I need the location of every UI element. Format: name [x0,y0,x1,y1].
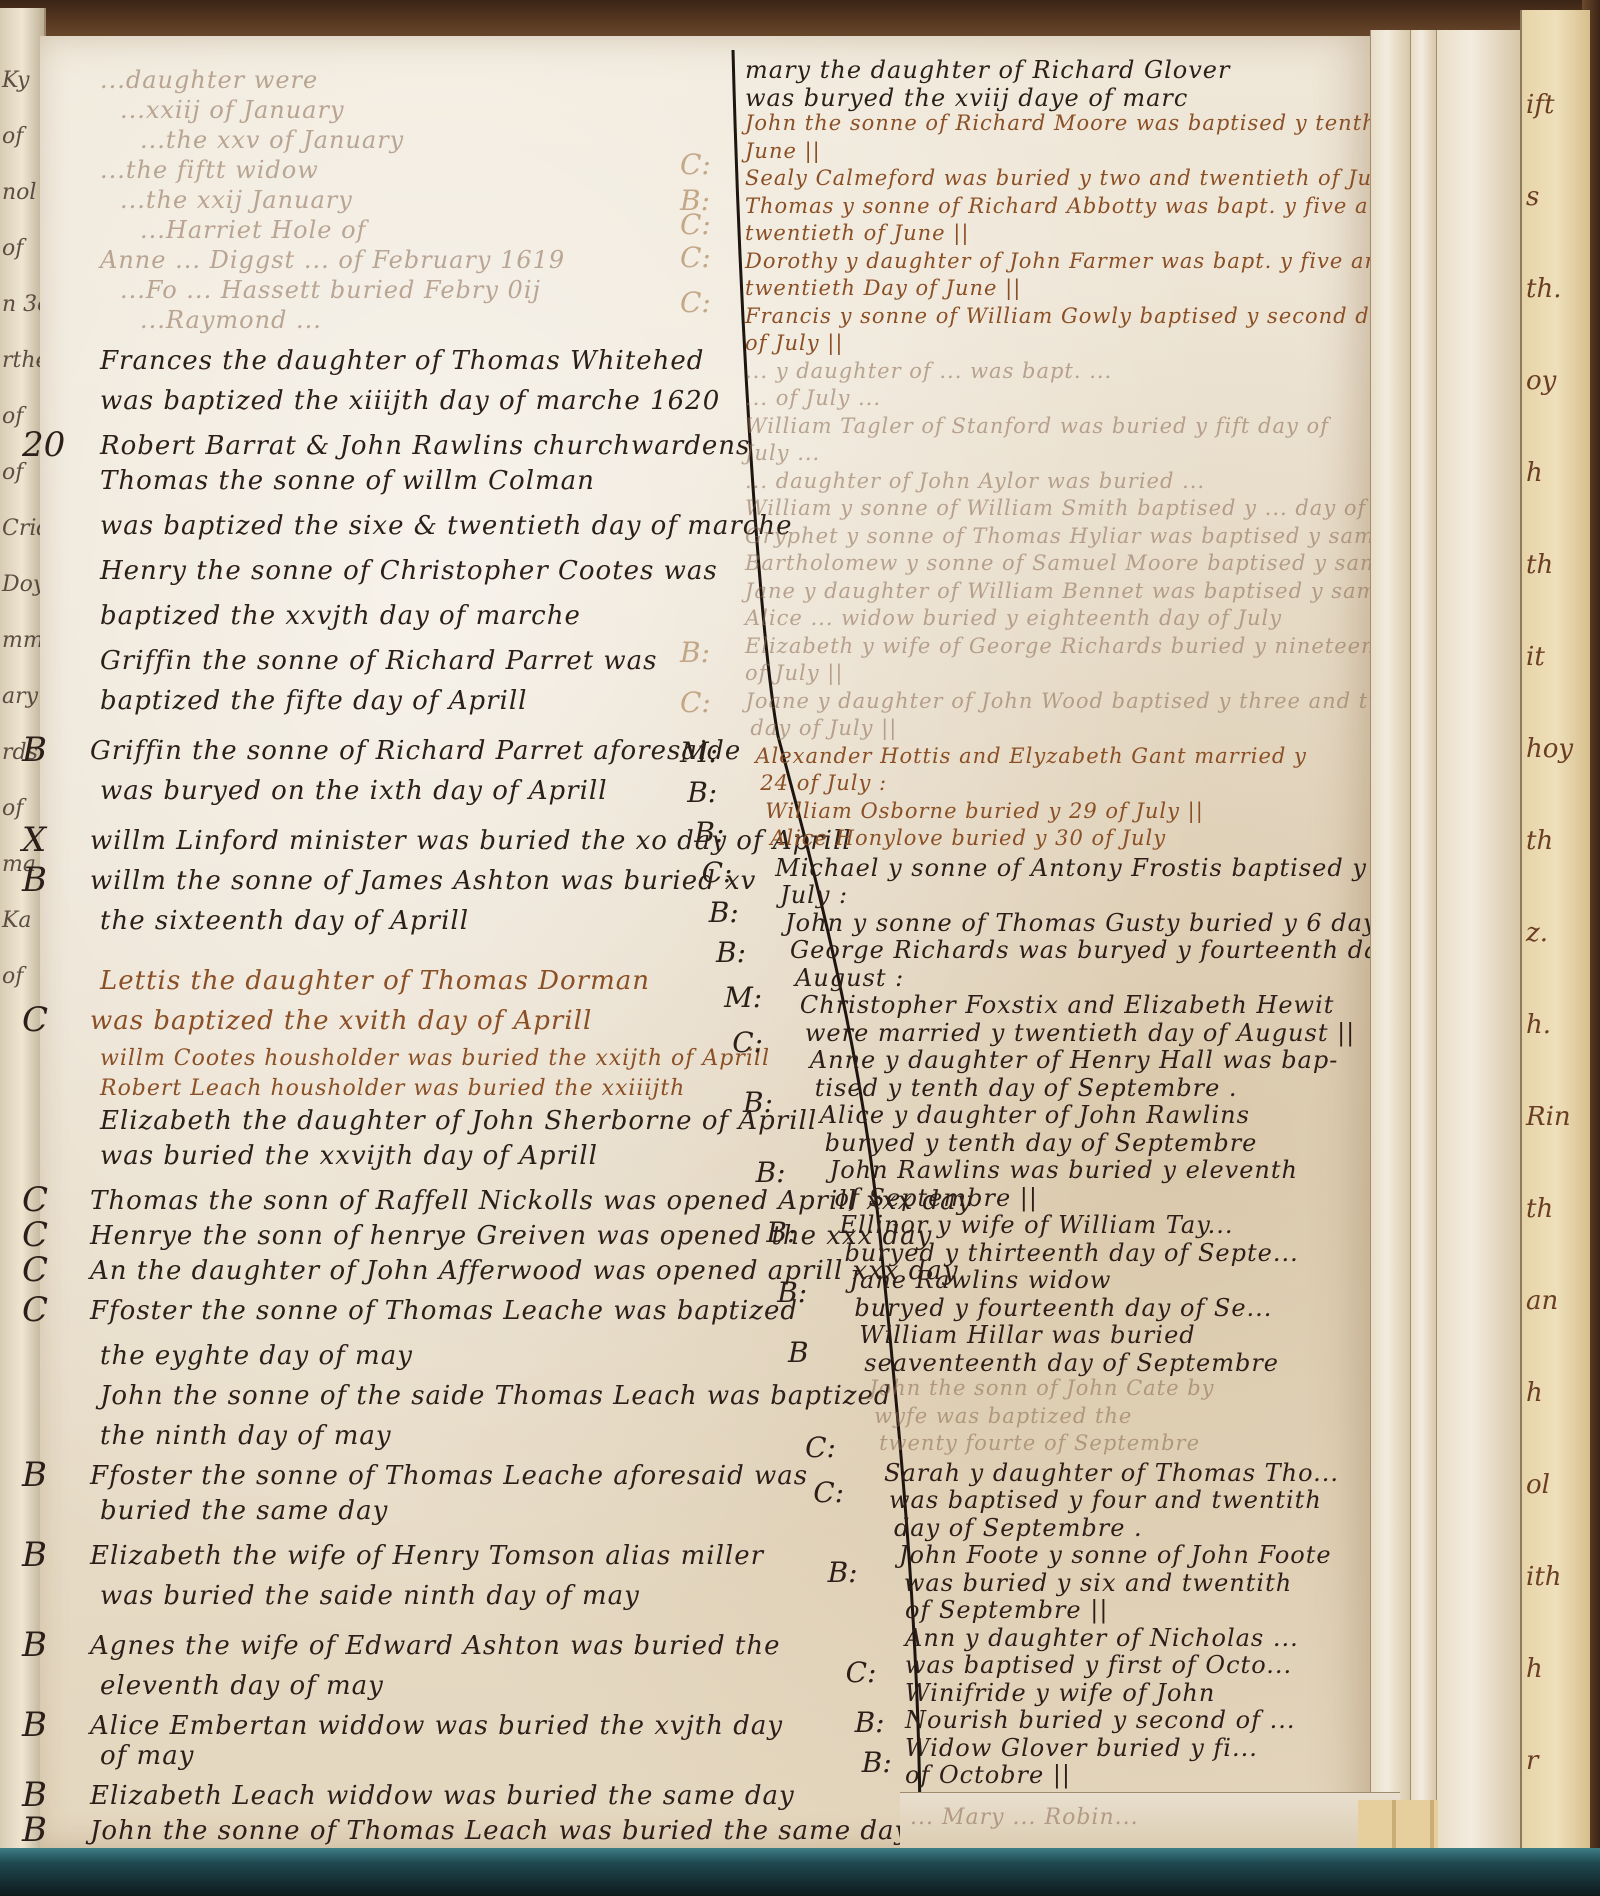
register-entry: Dorothy y daughter of John Farmer was ba… [745,249,1394,273]
register-entry: Joane y daughter of John Wood baptised y… [745,689,1456,713]
register-entry: Francis y sonne of William Gowly baptise… [745,304,1396,328]
register-entry: was baptized the sixe & twentieth day of… [100,511,793,541]
entry-type-mark: C [22,1000,48,1040]
entry-type-mark: B [788,1336,809,1369]
register-entry: June || [745,139,821,163]
register-entry: buryed y fourteenth day of Se... [854,1294,1272,1322]
entry-type-mark: C [22,1250,48,1290]
entry-type-mark: C: [680,208,711,241]
register-entry: was baptized the xiiijth day of marche 1… [100,386,720,416]
entry-type-mark: X [22,820,46,860]
left-edge-fragment: Doy [2,572,45,597]
register-entry: Thomas y sonne of Richard Abbotty was ba… [745,194,1398,218]
entry-type-mark: B [22,1535,47,1575]
entry-type-mark: B: [716,936,746,969]
register-entry: Alice y daughter of John Rawlins [820,1101,1250,1129]
entry-type-mark: C: [813,1476,844,1509]
register-entry: July ... [745,441,820,465]
register-entry: ... daughter of John Aylor was buried ..… [745,469,1205,493]
entry-type-mark: C: [680,686,711,719]
entry-type-mark: C [22,1180,48,1220]
entry-type-mark: C: [805,1431,836,1464]
register-entry: William y sonne of William Smith baptise… [745,496,1418,520]
entry-type-mark: B: [709,896,739,929]
register-entry: Griffin the sonne of Richard Parret afor… [90,736,741,766]
register-entry: Agnes the wife of Edward Ashton was buri… [90,1631,780,1661]
register-entry: Alice Embertan widdow was buried the xvj… [90,1711,783,1741]
register-entry: was buryed on the ixth day of Aprill [100,776,608,806]
page-stack-3 [1436,30,1522,1850]
register-entry: Alexander Hottis and Elyzabeth Gant marr… [755,744,1307,768]
left-edge-fragment: of [2,460,23,485]
right-edge-fragment: an [1526,1286,1558,1316]
register-entry: John the sonne of Richard Moore was bapt… [745,111,1407,135]
register-entry: of July || [745,331,843,355]
right-edge-fragment: r [1526,1746,1538,1776]
left-edge-fragment: of [2,124,23,149]
entry-type-mark: M: [724,981,762,1014]
right-edge-fragment: z. [1526,918,1548,948]
entry-type-mark: B [22,1775,47,1815]
entry-type-mark: B: [694,816,724,849]
register-entry: John Foote y sonne of John Foote [899,1541,1332,1569]
faded-header-line: ...xxiij of January [120,96,345,124]
register-entry: was buried y six and twentith [904,1569,1292,1597]
left-edge-fragment: nol [2,180,36,205]
entry-type-mark: C [22,1290,48,1330]
page-stack-1 [1370,30,1412,1850]
register-entry: twentieth of June || [745,221,969,245]
register-entry: William Hillar was buried [859,1321,1195,1349]
register-entry: Ellinor y wife of William Tay... [840,1211,1234,1239]
left-edge-fragment: of [2,236,23,261]
entry-type-mark: B: [777,1276,807,1309]
register-entry: Christopher Foxstix and Elizabeth Hewit [800,991,1335,1019]
register-entry: Henrye the sonn of henrye Greiven was op… [90,1221,932,1251]
right-edge-fragment: Rin [1526,1102,1571,1132]
faded-header-line: ...Fo ... Hassett buried Febry 0ij [120,276,541,304]
register-entry: the ninth day of may [100,1421,392,1451]
register-entry: Ann y daughter of Nicholas ... [905,1624,1299,1652]
register-entry: day of July || [750,716,897,740]
register-entry: Griffin the sonne of Richard Parret was [100,646,658,676]
page-stack-2 [1410,30,1438,1850]
right-edge-fragment: oy [1526,366,1556,396]
register-entry: seaventeenth day of Septembre [864,1349,1279,1377]
register-entry: Sealy Calmeford was buried y two and twe… [745,166,1400,190]
register-entry: Elizabeth the daughter of John Sherborne… [100,1106,817,1136]
register-entry: John Rawlins was buried y eleventh [830,1156,1298,1184]
left-edge-fragment: of [2,796,23,821]
register-entry: William Tagler of Stanford was buried y … [745,414,1329,438]
entry-type-mark: B: [855,1706,885,1739]
right-edge-fragment: h [1526,1378,1543,1408]
register-entry: Elizabeth y wife of George Richards buri… [745,634,1448,658]
register-entry: Alice Honylove buried y 30 of July [770,826,1166,850]
entry-type-mark: C: [846,1656,877,1689]
register-entry: An the daughter of John Afferwood was op… [90,1256,959,1286]
register-entry: twenty fourte of Septembre [879,1431,1200,1455]
right-edge-fragment: th [1526,550,1553,580]
fold-text: ... Mary ... Robin... [910,1805,1139,1830]
entry-type-mark: B: [828,1556,858,1589]
register-entry: baptized the xxvjth day of marche [100,601,581,631]
entry-type-mark: B [22,1705,47,1745]
right-edge-fragment: h [1526,1654,1543,1684]
right-edge-fragment: ith [1526,1562,1562,1592]
register-entry: the sixteenth day of Aprill [100,906,469,936]
register-entry: twentieth Day of June || [745,276,1021,300]
page-tabs [1358,1800,1438,1850]
faded-header-line: ...daughter were [100,66,318,94]
register-entry: was baptised y four and twentith [889,1486,1322,1514]
register-entry: Jane Rawlins widow [849,1266,1111,1294]
register-entry: 24 of July : [760,771,887,795]
right-edge-fragment: ol [1526,1470,1550,1500]
register-entry: Anne y daughter of Henry Hall was bap- [810,1046,1339,1074]
desk-background-top [0,0,1600,40]
register-entry: Thomas the sonne of willm Colman [100,466,595,496]
register-entry: John the sonn of John Cate by [869,1376,1214,1400]
register-entry: of Octobre || [905,1761,1071,1789]
register-entry: Sarah y daughter of Thomas Tho... [884,1459,1339,1487]
register-entry: mary the daughter of Richard Glover [745,56,1230,84]
register-entry: were married y twentieth day of August |… [805,1019,1355,1047]
entry-type-mark: B: [756,1156,786,1189]
entry-type-mark: B [22,1455,47,1495]
register-entry: day of Septembre . [894,1514,1143,1542]
register-entry: Winifride y wife of John [905,1679,1215,1707]
register-entry: Henry the sonne of Christopher Cootes wa… [100,556,718,586]
register-entry: eleventh day of may [100,1671,384,1701]
left-edge-fragment: Ky [2,68,29,93]
left-edge-fragment: Ka [2,908,32,933]
left-edge-fragment: of [2,964,23,989]
entry-type-mark: C: [680,241,711,274]
register-entry: willm Linford minister was buried the xo… [90,826,852,856]
register-entry: Frances the daughter of Thomas Whitehed [100,346,704,376]
register-entry: was buryed the xviij daye of marc [745,84,1188,112]
register-entry: August : [795,964,904,992]
register-entry: buryed y tenth day of Septembre [825,1129,1258,1157]
register-entry: was baptised y first of Octo... [905,1651,1292,1679]
register-entry: Robert Leach housholder was buried the x… [100,1076,685,1101]
faded-header-line: ...Raymond ... [140,306,322,334]
register-entry: Jane y daughter of William Bennet was ba… [745,579,1439,603]
register-entry: Bartholomew y sonne of Samuel Moore bapt… [745,551,1394,575]
register-entry: was buried the xxvijth day of Aprill [100,1141,598,1171]
register-entry: John the sonne of Thomas Leach was burie… [90,1816,910,1846]
register-entry: of Septembre || [835,1184,1038,1212]
register-entry: buried the same day [100,1496,388,1526]
register-entry: John the sonne of the saide Thomas Leach… [100,1381,892,1411]
right-edge-fragment: h. [1526,1010,1551,1040]
entry-type-mark: M: [680,736,718,769]
right-edge-fragment: th [1526,826,1553,856]
register-entry: Elizabeth Leach widdow was buried the sa… [90,1781,795,1811]
register-entry: baptized the fifte day of Aprill [100,686,527,716]
register-entry: ... of July ... [745,386,881,410]
entry-type-mark: 20 [22,425,65,465]
entry-type-mark: C: [732,1026,763,1059]
entry-type-mark: B [22,860,47,900]
register-entry: Alice ... widow buried y eighteenth day … [745,606,1282,630]
entry-type-mark: C: [702,856,733,889]
register-entry: Nourish buried y second of ... [905,1706,1296,1734]
entry-type-mark: C [22,1215,48,1255]
register-entry: tised y tenth day of Septembre . [815,1074,1238,1102]
register-entry: of Septembre || [905,1596,1108,1624]
right-edge-fragment: it [1526,642,1545,672]
entry-type-mark: C: [680,286,711,319]
register-entry: wyfe was baptized the [874,1404,1132,1428]
register-entry: buryed y thirteenth day of Septe... [844,1239,1298,1267]
faded-header-line: ...Harriet Hole of [140,216,366,244]
register-entry: ... y daughter of ... was bapt. ... [745,359,1112,383]
register-entry: July : [780,881,848,909]
register-entry: willm Cootes housholder was buried the x… [100,1046,770,1071]
register-entry: willm the sonne of James Ashton was buri… [90,866,756,896]
left-edge-fragment: mm [2,628,44,653]
entry-type-mark: B [22,1625,47,1665]
folded-page-bottom: ... Mary ... Robin... [900,1792,1400,1849]
entry-type-mark: C: [680,148,711,181]
right-edge-fragment: s [1526,182,1539,212]
right-edge-fragment: hoy [1526,734,1573,764]
register-entry: was buried the saide ninth day of may [100,1581,640,1611]
register-entry: Ffoster the sonne of Thomas Leache was b… [90,1296,798,1326]
register-entry: William Osborne buried y 29 of July || [765,799,1204,823]
right-edge-fragment: th [1526,1194,1553,1224]
left-edge-fragment: of [2,404,23,429]
entry-type-mark: B: [680,636,710,669]
register-entry: Robert Barrat & John Rawlins churchwarde… [100,431,750,461]
faded-header-line: ...the xxij January [120,186,353,214]
entry-type-mark: B: [862,1746,892,1779]
register-entry: Ffoster the sonne of Thomas Leache afore… [90,1461,808,1491]
register-entry: of July || [745,661,843,685]
right-page-edge: iftsth.oyhthithoythz.h.Rinthanholithhr [1520,10,1590,1860]
register-entry: Gryphet y sonne of Thomas Hyliar was bap… [745,524,1437,548]
entry-type-mark: B: [743,1086,773,1119]
entry-type-mark: B: [766,1216,796,1249]
register-entry: was baptized the xvith day of Aprill [90,1006,592,1036]
register-page: ...daughter were...xxiij of January...th… [40,36,1370,1856]
register-entry: of may [100,1741,194,1771]
entry-type-mark: B: [687,776,717,809]
entry-type-mark: B [22,730,47,770]
right-edge-fragment: ift [1526,90,1554,120]
register-entry: the eyghte day of may [100,1341,413,1371]
register-entry: Widow Glover buried y fi... [905,1734,1258,1762]
faded-header-line: Anne ... Diggst ... of February 1619 [100,246,565,274]
entry-type-mark: B [22,1810,47,1850]
left-edge-fragment: ary [2,684,38,709]
right-edge-fragment: th. [1526,274,1561,304]
register-entry: Lettis the daughter of Thomas Dorman [100,966,650,996]
right-edge-fragment: h [1526,458,1543,488]
book-cover-bottom [0,1848,1600,1896]
faded-header-line: ...the fiftt widow [100,156,319,184]
register-entry: Elizabeth the wife of Henry Tomson alias… [90,1541,764,1571]
register-entry: George Richards was buryed y fourteenth … [790,936,1428,964]
faded-header-line: ...the xxv of January [140,126,404,154]
